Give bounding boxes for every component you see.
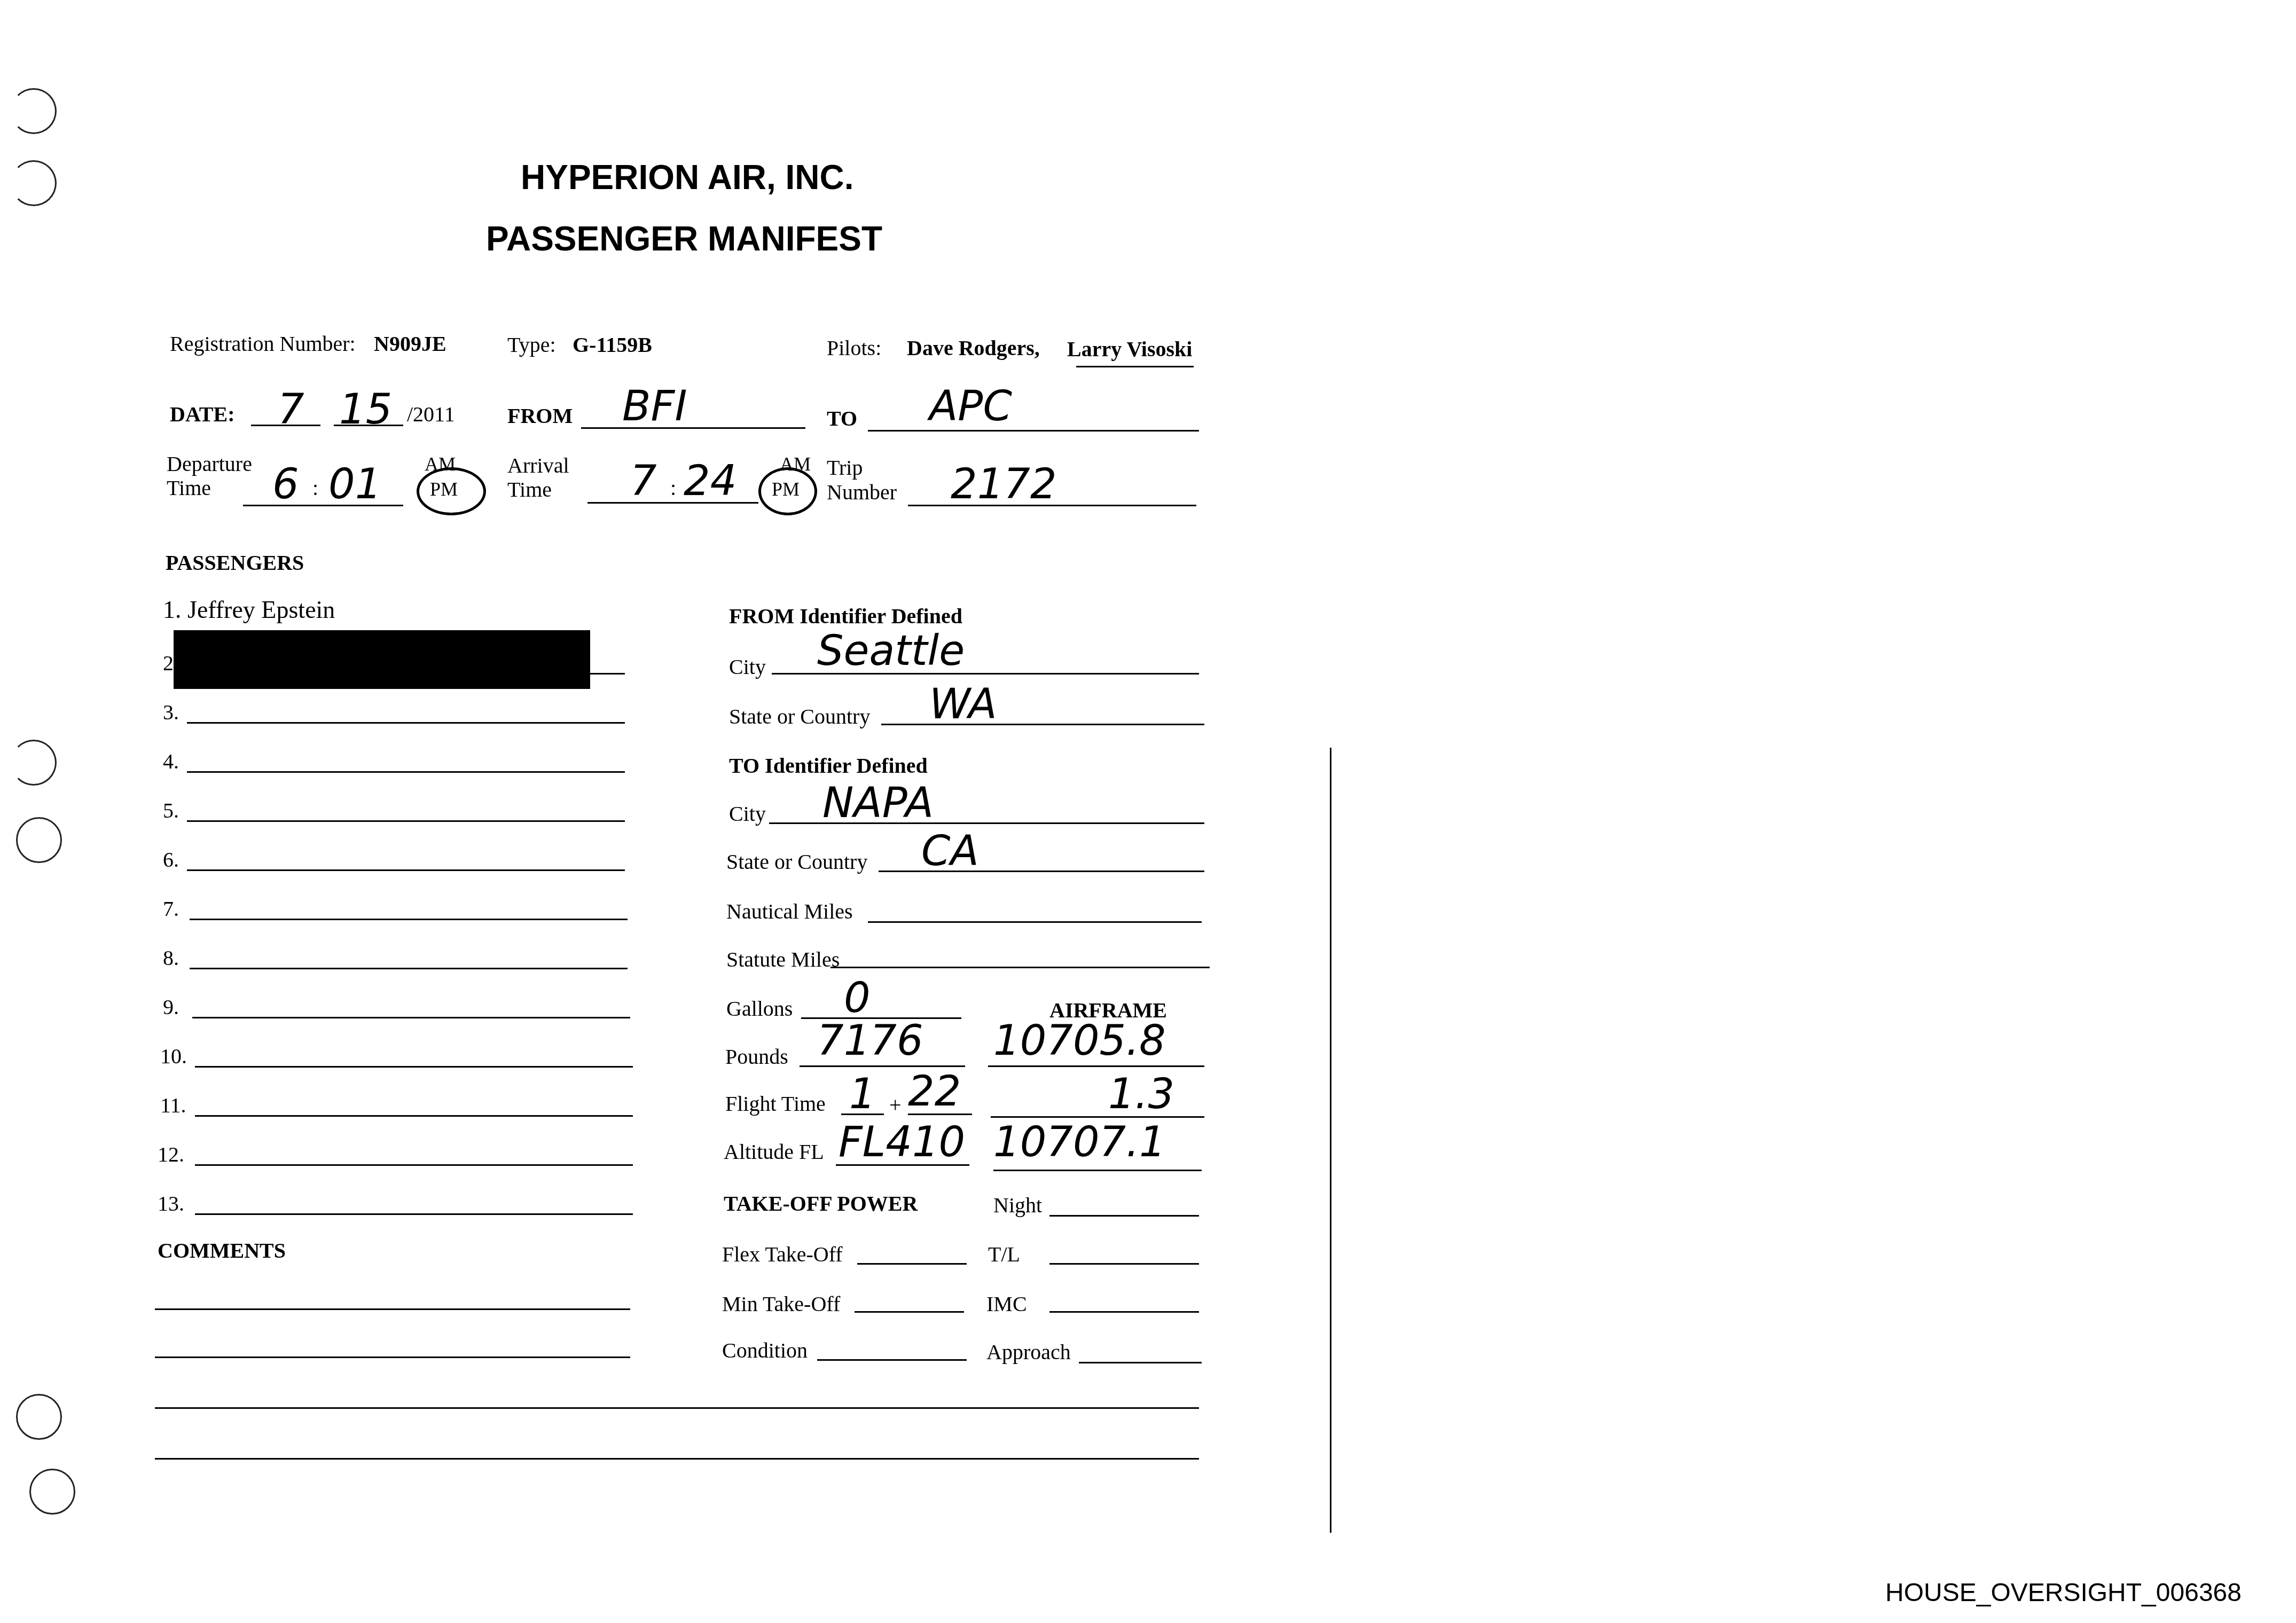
gallons-label: Gallons [726, 996, 793, 1021]
binder-hole-icon [29, 1469, 75, 1515]
trip-label-2: Number [827, 480, 897, 505]
company-name: HYPERION AIR, INC. [521, 158, 853, 197]
date-label: DATE: [170, 402, 234, 427]
altitude-label: Altitude FL [724, 1139, 824, 1164]
binder-hole-icon [11, 160, 57, 206]
date-year: /2011 [407, 402, 455, 427]
nautical-miles-label: Nautical Miles [726, 899, 853, 924]
type-label: Type: [507, 332, 556, 357]
registration-value: N909JE [374, 331, 446, 356]
pilot-2: Larry Visoski [1067, 336, 1192, 362]
flight-time-hours: 1 [849, 1073, 876, 1115]
arrival-label: Arrival [507, 453, 569, 478]
passenger-name: Jeffrey Epstein [187, 596, 335, 623]
form-title: PASSENGER MANIFEST [486, 219, 882, 258]
passenger-row-number: 10. [160, 1044, 187, 1069]
passenger-row-number: 11. [160, 1093, 186, 1118]
flight-time-minutes: 22 [908, 1071, 961, 1112]
approach-label: Approach [986, 1339, 1071, 1365]
binder-hole-icon [11, 740, 57, 786]
flex-takeoff-label: Flex Take-Off [722, 1242, 843, 1267]
passenger-row-number: 9. [163, 994, 179, 1020]
airframe-flight-value: 1.3 [1108, 1073, 1174, 1115]
passenger-row-number: 7. [163, 896, 179, 921]
binder-hole-icon [16, 1394, 62, 1440]
from-city-value: Seattle [817, 630, 965, 672]
pilots-label: Pilots: [827, 335, 881, 360]
from-city-label: City [729, 654, 766, 679]
passenger-row-number: 5. [163, 798, 179, 823]
to-state-value: CA [921, 830, 979, 872]
arrival-minute: 24 [684, 460, 736, 502]
to-label: TO [827, 406, 857, 431]
departure-hour: 6 [272, 464, 299, 505]
from-state-value: WA [929, 684, 997, 725]
imc-label: IMC [986, 1291, 1027, 1316]
flight-time-label: Flight Time [725, 1091, 826, 1116]
date-day: 15 [339, 389, 392, 430]
pm-circled-icon [417, 467, 486, 515]
departure-label-2: Time [167, 475, 211, 500]
pilot-1: Dave Rodgers, [907, 335, 1040, 360]
takeoff-power-heading: TAKE-OFF POWER [724, 1191, 918, 1216]
passenger-row-number: 3. [163, 700, 179, 725]
binder-hole-icon [11, 88, 57, 134]
from-identifier-heading: FROM Identifier Defined [729, 603, 962, 629]
tl-label: T/L [988, 1242, 1020, 1267]
pm-circled-icon [758, 467, 817, 515]
passenger-row-number: 12. [158, 1142, 184, 1167]
pounds-value: 7176 [817, 1020, 923, 1062]
night-label: Night [993, 1193, 1042, 1218]
passenger-row-number: 8. [163, 945, 179, 970]
plus-sign: + [889, 1092, 902, 1117]
to-city-label: City [729, 801, 766, 826]
passenger-row: 1. Jeffrey Epstein [163, 595, 335, 624]
pounds-label: Pounds [725, 1044, 788, 1069]
date-month: 7 [278, 389, 304, 430]
passenger-row-number: 4. [163, 749, 179, 774]
airframe-start-value: 10705.8 [993, 1020, 1166, 1062]
to-value: APC [929, 386, 1012, 427]
departure-minute: 01 [328, 464, 381, 505]
condition-label: Condition [722, 1338, 808, 1363]
trip-number: 2172 [951, 464, 1057, 505]
comments-heading: COMMENTS [158, 1238, 286, 1263]
type-value: G-1159B [573, 332, 652, 357]
arrival-label-2: Time [507, 477, 552, 502]
gallons-value: 0 [844, 977, 871, 1019]
to-state-label: State or Country [726, 849, 867, 874]
redaction-block [174, 630, 590, 689]
passengers-heading: PASSENGERS [166, 550, 304, 575]
page-edge-rule [1330, 748, 1331, 1533]
bates-number: HOUSE_OVERSIGHT_006368 [1885, 1578, 2242, 1608]
to-city-value: NAPA [822, 782, 934, 824]
passenger-row-number: 13. [158, 1191, 184, 1216]
registration-label: Registration Number: [170, 331, 356, 356]
statute-miles-label: Statute Miles [726, 947, 840, 972]
airframe-end-value: 10707.1 [993, 1122, 1166, 1163]
from-state-label: State or Country [729, 704, 870, 729]
binder-hole-icon [16, 817, 62, 863]
trip-label: Trip [827, 455, 863, 480]
from-value: BFI [622, 386, 687, 427]
to-identifier-heading: TO Identifier Defined [729, 753, 928, 778]
altitude-value: FL410 [839, 1122, 965, 1163]
from-label: FROM [507, 403, 573, 428]
min-takeoff-label: Min Take-Off [722, 1291, 840, 1316]
departure-label: Departure [167, 451, 252, 476]
passenger-row-number: 6. [163, 847, 179, 872]
arrival-hour: 7 [630, 460, 657, 502]
